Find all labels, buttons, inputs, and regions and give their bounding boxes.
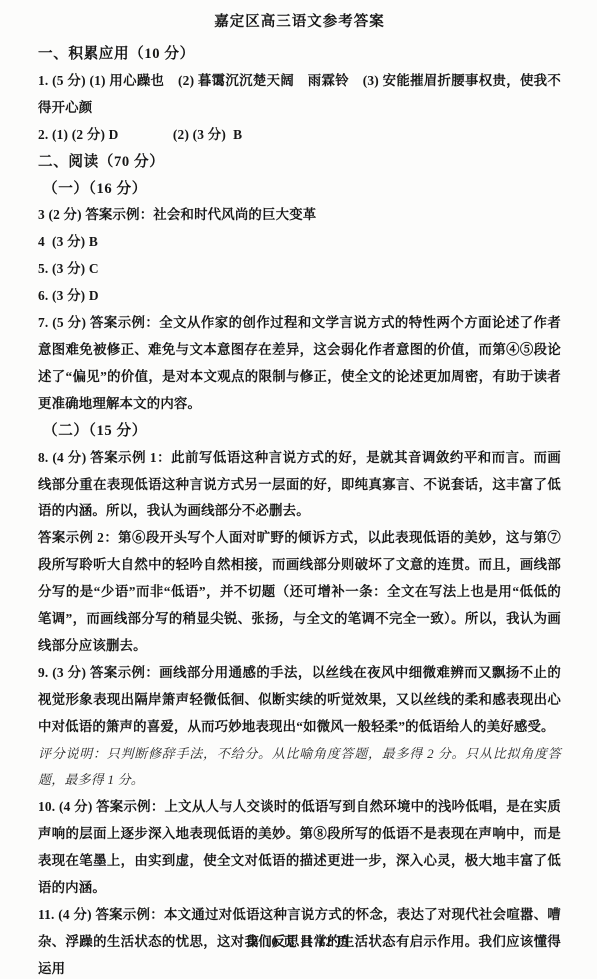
answer-item-3: 3 (2 分) 答案示例：社会和时代风尚的巨大变革 [38,202,561,229]
section-heading-reading: 二、阅读（70 分） [38,149,561,176]
answer-item-10: 10. (4 分) 答案示例：上文从人与人交谈时的低语写到自然环境中的浅吟低唱，… [38,794,561,902]
answer-item-9: 9. (3 分) 答案示例：画线部分用通感的手法，以丝线在夜风中细微难辨而又飘扬… [38,660,561,741]
page-number-footer: 第 10 页 共 12 页 [0,932,597,950]
answer-item-8-example-1: 8. (4 分) 答案示例 1：此前写低语这种言说方式的好，是就其音调敛约平和而… [38,445,561,526]
scoring-note: 评分说明：只判断修辞手法，不给分。从比喻角度答题，最多得 2 分。只从比拟角度答… [38,741,561,795]
section-heading-accumulation: 一、积累应用（10 分） [38,41,561,68]
answer-item-6: 6. (3 分) D [38,283,561,310]
answer-item-4: 4 (3 分) B [38,229,561,256]
answer-item-5: 5. (3 分) C [38,256,561,283]
document-title: 嘉定区高三语文参考答案 [38,10,561,34]
answer-item-1: 1. (5 分) (1) 用心躁也 (2) 暮霭沉沉楚天阔 雨霖铃 (3) 安能… [38,68,561,122]
answer-sheet-page: 嘉定区高三语文参考答案 一、积累应用（10 分） 1. (5 分) (1) 用心… [0,0,597,979]
answer-item-8-example-2: 答案示例 2：第⑥段开头写个人面对旷野的倾诉方式，以此表现低语的美妙，这与第⑦段… [38,525,561,660]
subsection-heading-one: （一）（16 分） [38,176,561,203]
answer-item-7: 7. (5 分) 答案示例：全文从作家的创作过程和文学言说方式的特性两个方面论述… [38,310,561,418]
subsection-heading-two: （二）（15 分） [38,418,561,445]
answer-item-2: 2. (1) (2 分) D (2) (3 分) B [38,122,561,149]
document-body: 一、积累应用（10 分） 1. (5 分) (1) 用心躁也 (2) 暮霭沉沉楚… [38,41,561,979]
